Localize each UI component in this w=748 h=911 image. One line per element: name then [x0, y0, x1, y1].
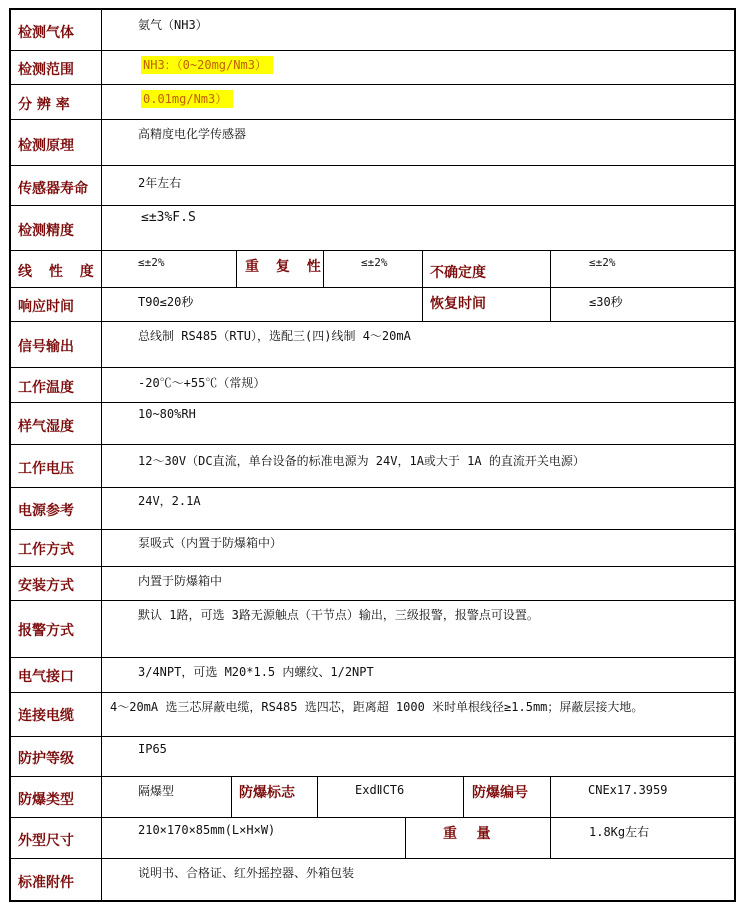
value-power-ref: 24V，2.1A: [138, 492, 201, 509]
row-divider: [11, 84, 734, 85]
value-range: NH3：（0~20mg/Nm3）: [141, 56, 273, 73]
label-operating-temp: 工作温度: [18, 377, 74, 397]
row-divider: [11, 444, 734, 445]
value-install: 内置于防爆箱中: [138, 572, 222, 589]
label-principle: 检测原理: [18, 135, 74, 155]
label-explosion-type: 防爆类型: [18, 789, 74, 809]
value-principle: 高精度电化学传感器: [138, 125, 246, 142]
value-recovery-time: ≤30秒: [589, 293, 623, 310]
label-recovery-time: 恢复时间: [430, 293, 486, 313]
row-divider: [11, 657, 734, 658]
value-cable: 4～20mA 选三芯屏蔽电缆，RS485 选四芯，距离超 1000 米时单根线径…: [110, 698, 643, 715]
row-divider: [11, 250, 734, 251]
row-divider: [11, 205, 734, 206]
label-signal-output: 信号输出: [18, 336, 74, 356]
label-linearity: 线 性 度: [18, 261, 100, 281]
value-signal-output: 总线制 RS485（RTU），选配三(四)线制 4～20mA: [138, 327, 411, 344]
spec-table: 检测气体 氨气（NH3） 检测范围 NH3：（0~20mg/Nm3） 分 辨 率…: [9, 8, 736, 902]
value-linearity: ≤±2%: [138, 256, 165, 269]
label-column-divider: [101, 10, 102, 902]
label-power-ref: 电源参考: [18, 500, 74, 520]
label-interface: 电气接口: [18, 666, 74, 686]
row-divider: [11, 367, 734, 368]
label-accuracy: 检测精度: [18, 220, 74, 240]
row-divider: [11, 50, 734, 51]
label-cable: 连接电缆: [18, 705, 74, 725]
label-weight: 重 量: [443, 823, 491, 843]
value-resolution: 0.01mg/Nm3）: [141, 90, 233, 107]
value-operating-temp: -20℃～+55℃（常规）: [138, 374, 265, 391]
value-uncertainty: ≤±2%: [589, 256, 616, 269]
col-divider: [405, 817, 406, 858]
value-alarm: 默认 1路，可选 3路无源触点（干节点）输出，三级报警，报警点可设置。: [138, 606, 539, 623]
row-divider: [11, 736, 734, 737]
label-protection: 防护等级: [18, 748, 74, 768]
highlighted-range: NH3：（0~20mg/Nm3）: [141, 56, 273, 74]
row-divider: [11, 487, 734, 488]
value-weight: 1.8Kg左右: [589, 823, 649, 840]
row-divider: [11, 287, 734, 288]
value-response-time: T90≤20秒: [138, 293, 193, 310]
value-accuracy: ≤±3%F.S: [141, 210, 196, 225]
label-range: 检测范围: [18, 59, 74, 79]
label-gas: 检测气体: [18, 22, 74, 42]
row-divider: [11, 817, 734, 818]
row-divider: [11, 600, 734, 601]
value-work-mode: 泵吸式（内置于防爆箱中）: [138, 534, 282, 551]
label-explosion-mark: 防爆标志: [239, 782, 295, 802]
label-dimensions: 外型尺寸: [18, 830, 74, 850]
col-divider: [422, 250, 423, 321]
value-accessories: 说明书、合格证、红外摇控器、外箱包装: [138, 864, 354, 881]
row-divider: [11, 321, 734, 322]
row-divider: [11, 566, 734, 567]
value-interface: 3/4NPT，可选 M20*1.5 内螺纹、1/2NPT: [138, 663, 374, 680]
col-divider: [550, 250, 551, 321]
row-divider: [11, 119, 734, 120]
row-divider: [11, 402, 734, 403]
label-accessories: 标准附件: [18, 872, 74, 892]
col-divider: [463, 776, 464, 817]
row-divider: [11, 692, 734, 693]
value-explosion-type: 隔爆型: [138, 782, 174, 799]
label-resolution: 分 辨 率: [18, 94, 70, 114]
value-explosion-cert: CNEx17.3959: [588, 783, 667, 797]
label-install: 安装方式: [18, 575, 74, 595]
row-divider: [11, 858, 734, 859]
value-gas: 氨气（NH3）: [138, 16, 208, 33]
value-dimensions: 210×170×85mm(L×H×W): [138, 823, 275, 837]
label-sensor-life: 传感器寿命: [18, 178, 88, 198]
label-response-time: 响应时间: [18, 296, 74, 316]
label-voltage: 工作电压: [18, 458, 74, 478]
label-alarm: 报警方式: [18, 620, 74, 640]
label-humidity: 样气湿度: [18, 416, 74, 436]
col-divider: [550, 776, 551, 858]
row-divider: [11, 165, 734, 166]
col-divider: [317, 776, 318, 817]
col-divider: [236, 250, 237, 287]
value-explosion-mark: ExdⅡCT6: [355, 783, 404, 797]
value-humidity: 10~80%RH: [138, 407, 196, 421]
label-uncertainty: 不确定度: [430, 262, 486, 282]
label-work-mode: 工作方式: [18, 539, 74, 559]
label-repeatability: 重 复 性: [245, 256, 327, 276]
value-repeatability: ≤±2%: [361, 256, 388, 269]
row-divider: [11, 776, 734, 777]
label-explosion-cert: 防爆编号: [472, 782, 528, 802]
col-divider: [231, 776, 232, 817]
highlighted-resolution: 0.01mg/Nm3）: [141, 90, 233, 108]
row-divider: [11, 529, 734, 530]
value-voltage: 12～30V（DC直流，单台设备的标准电源为 24V，1A或大于 1A 的直流开…: [138, 452, 585, 469]
value-sensor-life: 2年左右: [138, 174, 181, 191]
value-protection: IP65: [138, 742, 167, 756]
